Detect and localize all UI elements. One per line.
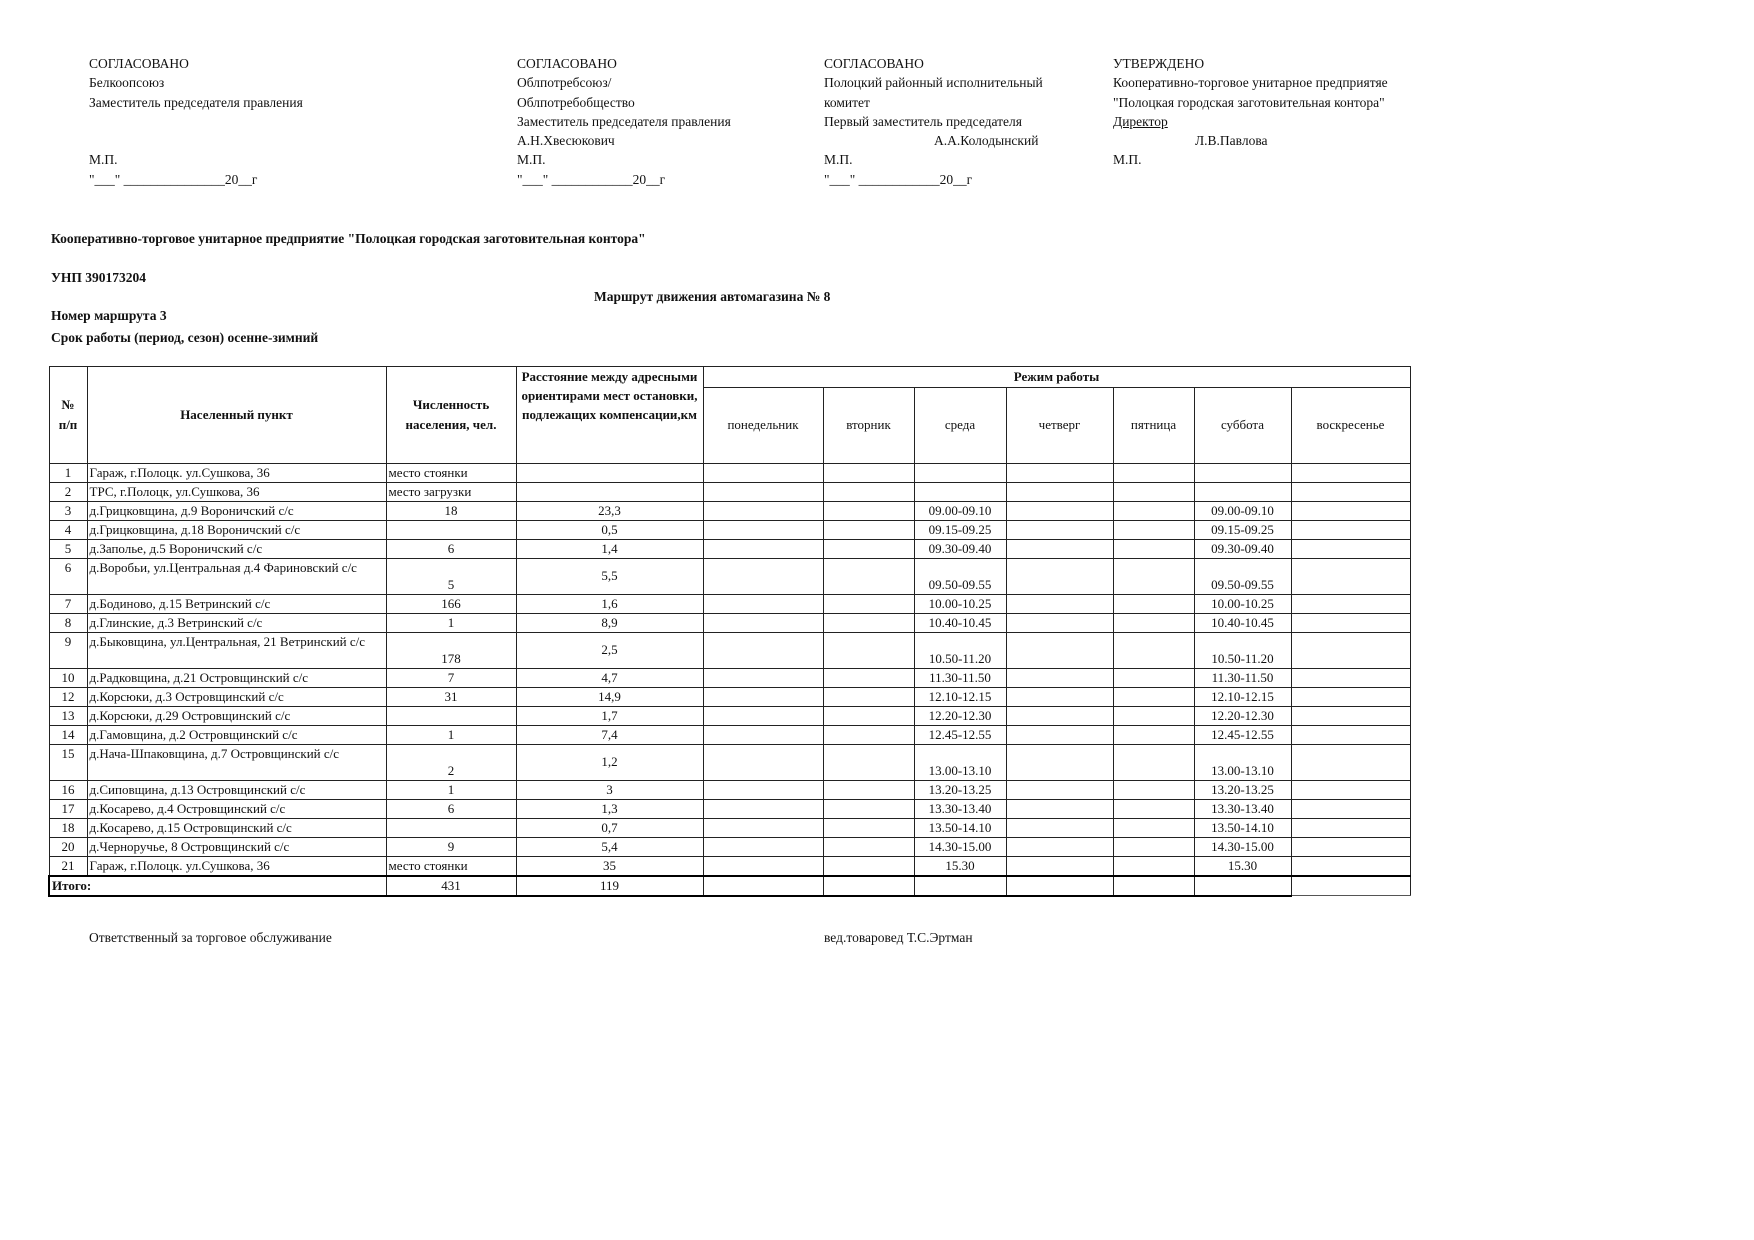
cell-friday	[1113, 799, 1194, 818]
cell-monday	[703, 706, 823, 725]
cell-number: 12	[49, 687, 87, 706]
cell-tuesday	[823, 482, 914, 501]
cell-saturday: 12.20-12.30	[1194, 706, 1291, 725]
cell-number: 17	[49, 799, 87, 818]
cell-place: д.Бодиново, д.15 Ветринский с/с	[87, 594, 386, 613]
cell-sunday	[1291, 687, 1410, 706]
cell-thursday	[1006, 539, 1113, 558]
total-thursday	[1006, 876, 1113, 896]
cell-saturday: 12.45-12.55	[1194, 725, 1291, 744]
cell-place: д.Глинские, д.3 Ветринский с/с	[87, 613, 386, 632]
cell-population: 2	[386, 744, 516, 780]
header-day-monday: понедельник	[703, 387, 823, 463]
table-row: 4д.Грицковщина, д.18 Вороничский с/с0,50…	[49, 520, 1410, 539]
cell-tuesday	[823, 818, 914, 837]
cell-place: д.Косарево, д.4 Островщинский с/с	[87, 799, 386, 818]
cell-thursday	[1006, 818, 1113, 837]
cell-sunday	[1291, 558, 1410, 594]
cell-friday	[1113, 818, 1194, 837]
cell-population: место стоянки	[386, 856, 516, 876]
approval-signatory: А.А.Колодынский	[824, 131, 1043, 150]
cell-sunday	[1291, 482, 1410, 501]
stamp-label: М.П.	[517, 150, 731, 169]
cell-distance	[516, 482, 703, 501]
stamp-label: М.П.	[824, 150, 1043, 169]
cell-tuesday	[823, 594, 914, 613]
approval-block-belkoopsoyuz: СОГЛАСОВАНО Белкоопсоюз Заместитель пред…	[89, 54, 303, 189]
cell-population: 1	[386, 613, 516, 632]
cell-population: 18	[386, 501, 516, 520]
cell-wednesday: 11.30-11.50	[914, 668, 1006, 687]
cell-population: 9	[386, 837, 516, 856]
table-row: 7д.Бодиново, д.15 Ветринский с/с1661,610…	[49, 594, 1410, 613]
cell-thursday	[1006, 594, 1113, 613]
cell-place: д.Грицковщина, д.18 Вороничский с/с	[87, 520, 386, 539]
cell-sunday	[1291, 613, 1410, 632]
route-table: № п/п Населенный пункт Численность насел…	[48, 366, 1411, 897]
cell-monday	[703, 632, 823, 668]
approval-line: Заместитель председателя правления	[89, 93, 303, 112]
cell-tuesday	[823, 725, 914, 744]
cell-place: д.Быковщина, ул.Центральная, 21 Ветринск…	[87, 632, 386, 668]
cell-distance: 1,4	[516, 539, 703, 558]
cell-number: 8	[49, 613, 87, 632]
cell-number: 13	[49, 706, 87, 725]
cell-number: 2	[49, 482, 87, 501]
cell-place: д.Нача-Шпаковщина, д.7 Островщинский с/с	[87, 744, 386, 780]
cell-sunday	[1291, 818, 1410, 837]
cell-place: д.Корсюки, д.29 Островщинский с/с	[87, 706, 386, 725]
approval-line: "Полоцкая городская заготовительная конт…	[1113, 93, 1388, 112]
header-place: Населенный пункт	[87, 367, 386, 464]
unp-number: УНП 390173204	[51, 270, 146, 286]
table-row: 3д.Грицковщина, д.9 Вороничский с/с1823,…	[49, 501, 1410, 520]
cell-population	[386, 706, 516, 725]
approval-position: Директор	[1113, 112, 1388, 131]
total-label: Итого:	[49, 876, 386, 896]
total-wednesday	[914, 876, 1006, 896]
cell-saturday	[1194, 482, 1291, 501]
cell-wednesday	[914, 482, 1006, 501]
approval-heading: УТВЕРЖДЕНО	[1113, 54, 1388, 73]
cell-place: д.Корсюки, д.3 Островщинский с/с	[87, 687, 386, 706]
cell-tuesday	[823, 687, 914, 706]
cell-monday	[703, 613, 823, 632]
responsible-label: Ответственный за торговое обслуживание	[89, 930, 332, 946]
cell-friday	[1113, 632, 1194, 668]
cell-distance: 8,9	[516, 613, 703, 632]
approval-line: Облпотребобщество	[517, 93, 731, 112]
cell-friday	[1113, 463, 1194, 482]
approval-line: Заместитель председателя правления	[517, 112, 731, 131]
cell-monday	[703, 780, 823, 799]
header-day-thursday: четверг	[1006, 387, 1113, 463]
cell-population: место стоянки	[386, 463, 516, 482]
cell-wednesday: 09.00-09.10	[914, 501, 1006, 520]
cell-sunday	[1291, 632, 1410, 668]
cell-tuesday	[823, 558, 914, 594]
cell-saturday: 13.30-13.40	[1194, 799, 1291, 818]
cell-monday	[703, 744, 823, 780]
cell-population: 1	[386, 725, 516, 744]
cell-number: 1	[49, 463, 87, 482]
cell-population: 31	[386, 687, 516, 706]
cell-wednesday: 09.50-09.55	[914, 558, 1006, 594]
cell-tuesday	[823, 780, 914, 799]
cell-tuesday	[823, 706, 914, 725]
table-row: 17д.Косарево, д.4 Островщинский с/с61,31…	[49, 799, 1410, 818]
date-blank: "___" _______________20__г	[89, 170, 303, 189]
cell-monday	[703, 818, 823, 837]
cell-distance: 14,9	[516, 687, 703, 706]
cell-saturday: 14.30-15.00	[1194, 837, 1291, 856]
cell-wednesday: 12.10-12.15	[914, 687, 1006, 706]
cell-place: Гараж, г.Полоцк. ул.Сушкова, 36	[87, 463, 386, 482]
table-row: 12д.Корсюки, д.3 Островщинский с/с3114,9…	[49, 687, 1410, 706]
cell-number: 16	[49, 780, 87, 799]
table-row: 16д.Сиповщина, д.13 Островщинский с/с131…	[49, 780, 1410, 799]
cell-thursday	[1006, 463, 1113, 482]
cell-thursday	[1006, 687, 1113, 706]
cell-population: 166	[386, 594, 516, 613]
cell-place: д.Радковщина, д.21 Островщинский с/с	[87, 668, 386, 687]
cell-number: 14	[49, 725, 87, 744]
cell-wednesday: 12.45-12.55	[914, 725, 1006, 744]
cell-saturday: 13.00-13.10	[1194, 744, 1291, 780]
cell-population	[386, 520, 516, 539]
table-row: 13д.Корсюки, д.29 Островщинский с/с1,712…	[49, 706, 1410, 725]
total-saturday	[1194, 876, 1291, 896]
total-tuesday	[823, 876, 914, 896]
header-number: № п/п	[49, 367, 87, 464]
cell-wednesday: 13.30-13.40	[914, 799, 1006, 818]
date-blank	[1113, 170, 1388, 189]
cell-wednesday: 14.30-15.00	[914, 837, 1006, 856]
approval-heading: СОГЛАСОВАНО	[824, 54, 1043, 73]
cell-wednesday: 12.20-12.30	[914, 706, 1006, 725]
total-friday	[1113, 876, 1194, 896]
cell-wednesday: 13.00-13.10	[914, 744, 1006, 780]
table-row: 1Гараж, г.Полоцк. ул.Сушкова, 36место ст…	[49, 463, 1410, 482]
organization-name: Кооперативно-торговое унитарное предприя…	[51, 231, 646, 247]
cell-distance: 0,7	[516, 818, 703, 837]
cell-friday	[1113, 780, 1194, 799]
approval-line	[89, 112, 303, 131]
cell-distance: 5,4	[516, 837, 703, 856]
cell-distance: 23,3	[516, 501, 703, 520]
cell-distance	[516, 463, 703, 482]
cell-distance: 3	[516, 780, 703, 799]
approval-heading: СОГЛАСОВАНО	[517, 54, 731, 73]
cell-number: 21	[49, 856, 87, 876]
approval-line	[89, 131, 303, 150]
cell-wednesday: 09.30-09.40	[914, 539, 1006, 558]
cell-thursday	[1006, 744, 1113, 780]
cell-thursday	[1006, 501, 1113, 520]
cell-place: д.Сиповщина, д.13 Островщинский с/с	[87, 780, 386, 799]
cell-population	[386, 818, 516, 837]
cell-place: д.Грицковщина, д.9 Вороничский с/с	[87, 501, 386, 520]
cell-thursday	[1006, 520, 1113, 539]
cell-wednesday: 10.00-10.25	[914, 594, 1006, 613]
approval-heading: СОГЛАСОВАНО	[89, 54, 303, 73]
cell-thursday	[1006, 632, 1113, 668]
header-day-wednesday: среда	[914, 387, 1006, 463]
cell-number: 18	[49, 818, 87, 837]
cell-number: 9	[49, 632, 87, 668]
cell-wednesday	[914, 463, 1006, 482]
cell-tuesday	[823, 744, 914, 780]
total-distance: 119	[516, 876, 703, 896]
route-number: Номер маршрута 3	[51, 308, 167, 324]
cell-number: 15	[49, 744, 87, 780]
cell-saturday	[1194, 463, 1291, 482]
approval-signatory: Л.В.Павлова	[1113, 131, 1388, 150]
approval-line: Полоцкий районный исполнительный	[824, 73, 1043, 92]
cell-tuesday	[823, 856, 914, 876]
cell-distance: 1,7	[516, 706, 703, 725]
total-monday	[703, 876, 823, 896]
header-day-saturday: суббота	[1194, 387, 1291, 463]
cell-tuesday	[823, 799, 914, 818]
cell-number: 4	[49, 520, 87, 539]
cell-tuesday	[823, 501, 914, 520]
cell-friday	[1113, 482, 1194, 501]
cell-distance: 7,4	[516, 725, 703, 744]
date-blank: "___" ____________20__г	[824, 170, 1043, 189]
responsible-person: вед.товаровед Т.С.Эртман	[824, 930, 973, 946]
table-row: 8д.Глинские, д.3 Ветринский с/с18,910.40…	[49, 613, 1410, 632]
cell-friday	[1113, 856, 1194, 876]
cell-monday	[703, 799, 823, 818]
stamp-label: М.П.	[89, 150, 303, 169]
cell-population: 5	[386, 558, 516, 594]
cell-thursday	[1006, 706, 1113, 725]
cell-thursday	[1006, 799, 1113, 818]
cell-sunday	[1291, 594, 1410, 613]
total-row: Итого: 431 119	[49, 876, 1410, 896]
cell-wednesday: 13.20-13.25	[914, 780, 1006, 799]
cell-number: 7	[49, 594, 87, 613]
total-sunday	[1291, 876, 1410, 896]
table-row: 14д.Гамовщина, д.2 Островщинский с/с17,4…	[49, 725, 1410, 744]
cell-wednesday: 10.50-11.20	[914, 632, 1006, 668]
cell-friday	[1113, 501, 1194, 520]
cell-distance: 0,5	[516, 520, 703, 539]
header-day-sunday: воскресенье	[1291, 387, 1410, 463]
cell-population: 6	[386, 799, 516, 818]
cell-thursday	[1006, 780, 1113, 799]
cell-distance: 1,6	[516, 594, 703, 613]
approval-block-director: УТВЕРЖДЕНО Кооперативно-торговое унитарн…	[1113, 54, 1388, 189]
cell-friday	[1113, 668, 1194, 687]
route-table-body: 1Гараж, г.Полоцк. ул.Сушкова, 36место ст…	[49, 463, 1410, 876]
header-day-tuesday: вторник	[823, 387, 914, 463]
cell-sunday	[1291, 725, 1410, 744]
cell-thursday	[1006, 668, 1113, 687]
cell-thursday	[1006, 856, 1113, 876]
cell-monday	[703, 725, 823, 744]
cell-distance: 5,5	[516, 558, 703, 594]
cell-tuesday	[823, 520, 914, 539]
header-distance: Расстояние между адресными ориентирами м…	[516, 367, 703, 464]
cell-saturday: 09.30-09.40	[1194, 539, 1291, 558]
cell-distance: 4,7	[516, 668, 703, 687]
cell-sunday	[1291, 520, 1410, 539]
cell-sunday	[1291, 501, 1410, 520]
cell-sunday	[1291, 539, 1410, 558]
cell-friday	[1113, 520, 1194, 539]
table-row: 6д.Воробьи, ул.Центральная д.4 Фариновск…	[49, 558, 1410, 594]
cell-thursday	[1006, 837, 1113, 856]
cell-monday	[703, 594, 823, 613]
date-blank: "___" ____________20__г	[517, 170, 731, 189]
cell-saturday: 11.30-11.50	[1194, 668, 1291, 687]
cell-monday	[703, 463, 823, 482]
cell-monday	[703, 520, 823, 539]
cell-friday	[1113, 725, 1194, 744]
cell-place: д.Заполье, д.5 Вороничский с/с	[87, 539, 386, 558]
cell-number: 10	[49, 668, 87, 687]
approval-line: Первый заместитель председателя	[824, 112, 1043, 131]
table-row: 18д.Косарево, д.15 Островщинский с/с0,71…	[49, 818, 1410, 837]
approval-block-raiispolkom: СОГЛАСОВАНО Полоцкий районный исполнител…	[824, 54, 1043, 189]
cell-monday	[703, 687, 823, 706]
cell-monday	[703, 856, 823, 876]
cell-sunday	[1291, 706, 1410, 725]
cell-tuesday	[823, 837, 914, 856]
cell-thursday	[1006, 558, 1113, 594]
cell-monday	[703, 837, 823, 856]
cell-saturday: 12.10-12.15	[1194, 687, 1291, 706]
cell-place: д.Воробьи, ул.Центральная д.4 Фариновски…	[87, 558, 386, 594]
cell-monday	[703, 482, 823, 501]
cell-friday	[1113, 594, 1194, 613]
cell-wednesday: 15.30	[914, 856, 1006, 876]
cell-tuesday	[823, 539, 914, 558]
table-row: 10д.Радковщина, д.21 Островщинский с/с74…	[49, 668, 1410, 687]
cell-tuesday	[823, 632, 914, 668]
cell-thursday	[1006, 482, 1113, 501]
cell-sunday	[1291, 668, 1410, 687]
cell-monday	[703, 539, 823, 558]
cell-saturday: 15.30	[1194, 856, 1291, 876]
total-population: 431	[386, 876, 516, 896]
header-schedule: Режим работы	[703, 367, 1410, 388]
cell-saturday: 09.00-09.10	[1194, 501, 1291, 520]
cell-place: ТРС, г.Полоцк, ул.Сушкова, 36	[87, 482, 386, 501]
cell-saturday: 13.20-13.25	[1194, 780, 1291, 799]
cell-wednesday: 10.40-10.45	[914, 613, 1006, 632]
cell-place: Гараж, г.Полоцк. ул.Сушкова, 36	[87, 856, 386, 876]
cell-population: место загрузки	[386, 482, 516, 501]
cell-thursday	[1006, 613, 1113, 632]
cell-friday	[1113, 744, 1194, 780]
cell-place: д.Гамовщина, д.2 Островщинский с/с	[87, 725, 386, 744]
cell-saturday: 10.00-10.25	[1194, 594, 1291, 613]
cell-thursday	[1006, 725, 1113, 744]
approval-line: Белкоопсоюз	[89, 73, 303, 92]
approval-block-oblpotrebsoyuz: СОГЛАСОВАНО Облпотребсоюз/ Облпотребобще…	[517, 54, 731, 189]
cell-distance: 1,2	[516, 744, 703, 780]
cell-friday	[1113, 539, 1194, 558]
cell-population: 178	[386, 632, 516, 668]
cell-sunday	[1291, 780, 1410, 799]
cell-friday	[1113, 837, 1194, 856]
cell-sunday	[1291, 463, 1410, 482]
cell-population: 1	[386, 780, 516, 799]
table-row: 5д.Заполье, д.5 Вороничский с/с61,409.30…	[49, 539, 1410, 558]
cell-population: 7	[386, 668, 516, 687]
cell-tuesday	[823, 613, 914, 632]
approval-line: комитет	[824, 93, 1043, 112]
cell-saturday: 09.50-09.55	[1194, 558, 1291, 594]
cell-saturday: 13.50-14.10	[1194, 818, 1291, 837]
cell-friday	[1113, 706, 1194, 725]
table-row: 2ТРС, г.Полоцк, ул.Сушкова, 36место загр…	[49, 482, 1410, 501]
cell-friday	[1113, 613, 1194, 632]
cell-distance: 35	[516, 856, 703, 876]
table-row: 20д.Черноручье, 8 Островщинский с/с95,41…	[49, 837, 1410, 856]
cell-saturday: 10.40-10.45	[1194, 613, 1291, 632]
cell-wednesday: 09.15-09.25	[914, 520, 1006, 539]
cell-tuesday	[823, 668, 914, 687]
document-title: Маршрут движения автомагазина № 8	[594, 289, 830, 305]
cell-population: 6	[386, 539, 516, 558]
cell-distance: 2,5	[516, 632, 703, 668]
cell-distance: 1,3	[516, 799, 703, 818]
cell-sunday	[1291, 799, 1410, 818]
cell-saturday: 10.50-11.20	[1194, 632, 1291, 668]
work-season: Срок работы (период, сезон) осенне-зимни…	[51, 330, 318, 346]
stamp-label: М.П.	[1113, 150, 1388, 169]
cell-number: 6	[49, 558, 87, 594]
cell-sunday	[1291, 837, 1410, 856]
cell-monday	[703, 558, 823, 594]
table-row: 15д.Нача-Шпаковщина, д.7 Островщинский с…	[49, 744, 1410, 780]
cell-number: 20	[49, 837, 87, 856]
cell-saturday: 09.15-09.25	[1194, 520, 1291, 539]
header-day-friday: пятница	[1113, 387, 1194, 463]
approval-line: Кооперативно-торговое унитарное предприя…	[1113, 73, 1388, 92]
cell-sunday	[1291, 856, 1410, 876]
cell-sunday	[1291, 744, 1410, 780]
cell-friday	[1113, 687, 1194, 706]
cell-number: 5	[49, 539, 87, 558]
table-row: 21Гараж, г.Полоцк. ул.Сушкова, 36место с…	[49, 856, 1410, 876]
cell-monday	[703, 501, 823, 520]
cell-tuesday	[823, 463, 914, 482]
cell-place: д.Косарево, д.15 Островщинский с/с	[87, 818, 386, 837]
cell-wednesday: 13.50-14.10	[914, 818, 1006, 837]
header-population: Численность населения, чел.	[386, 367, 516, 464]
cell-place: д.Черноручье, 8 Островщинский с/с	[87, 837, 386, 856]
table-row: 9д.Быковщина, ул.Центральная, 21 Ветринс…	[49, 632, 1410, 668]
approval-line: Облпотребсоюз/	[517, 73, 731, 92]
cell-friday	[1113, 558, 1194, 594]
approval-signatory: А.Н.Хвесюкович	[517, 131, 731, 150]
cell-number: 3	[49, 501, 87, 520]
cell-monday	[703, 668, 823, 687]
